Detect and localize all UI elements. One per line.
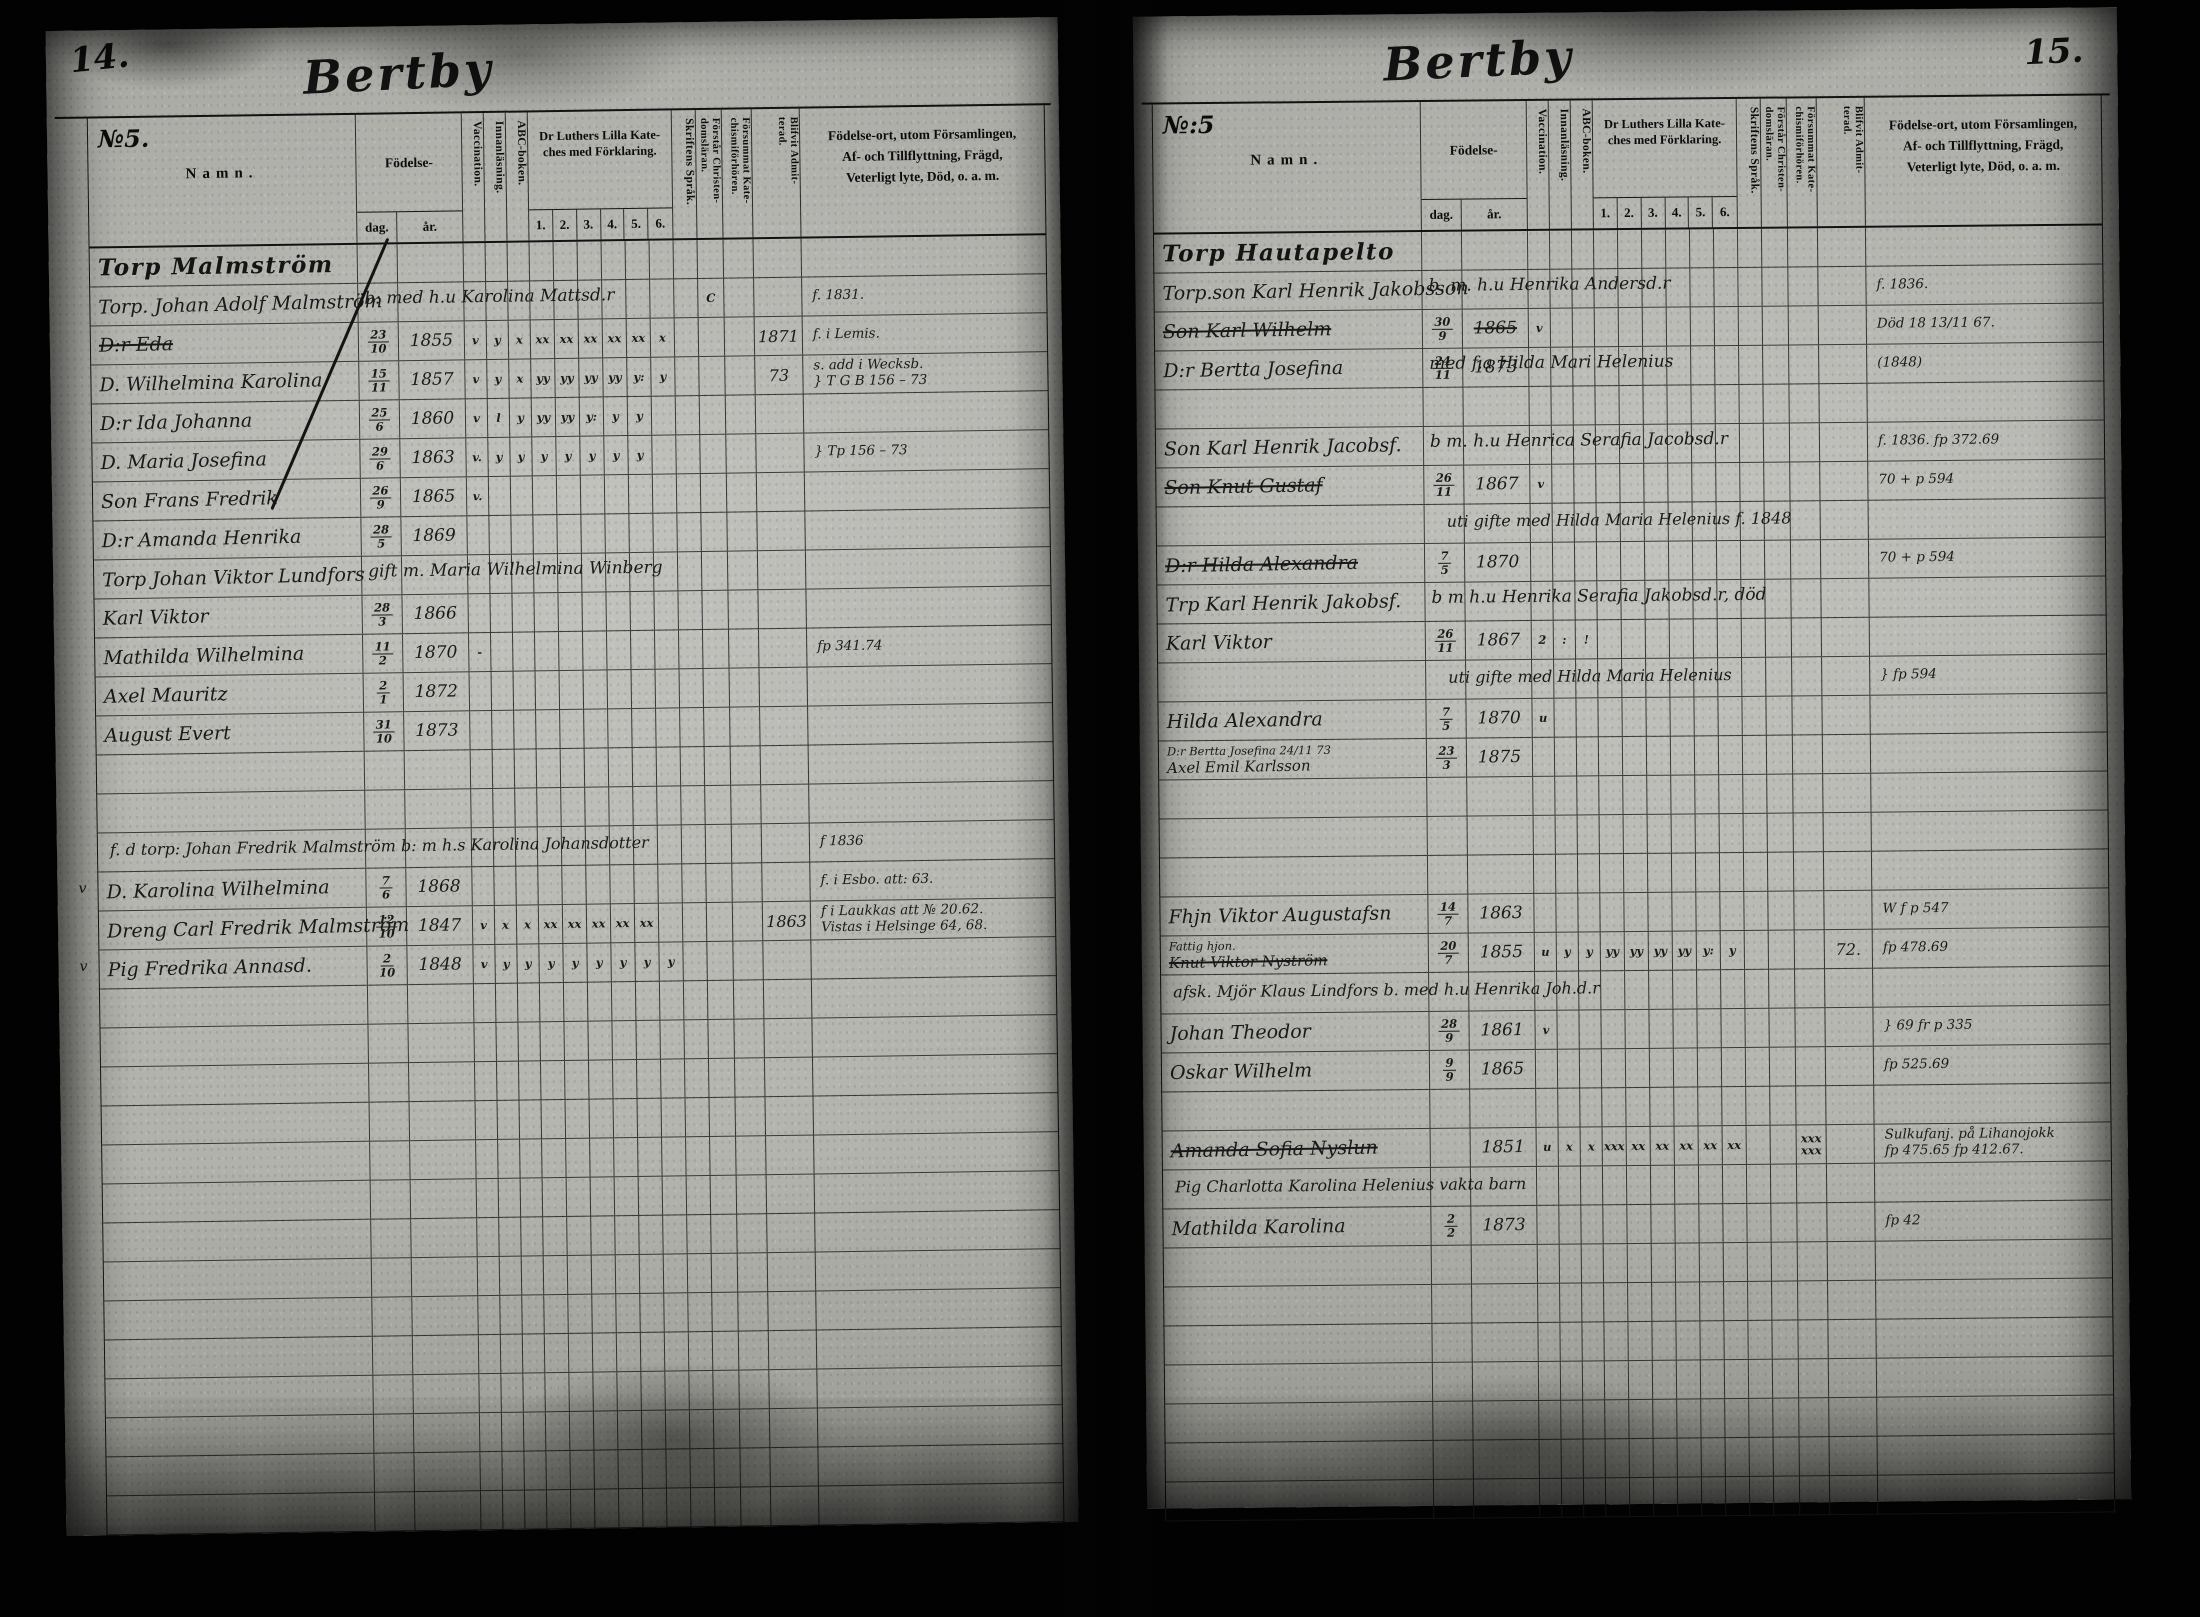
mark-cell bbox=[1627, 1166, 1651, 1204]
mark-cell bbox=[1714, 229, 1738, 267]
mark-cell bbox=[1750, 1438, 1774, 1476]
mark-cell bbox=[489, 477, 512, 515]
mark-cell: xx bbox=[1651, 1127, 1675, 1165]
mark-cell bbox=[684, 981, 709, 1019]
mark-cell bbox=[1748, 1321, 1772, 1359]
mark-cell bbox=[581, 514, 606, 552]
notes-cell bbox=[1869, 576, 2105, 616]
mark-cell bbox=[591, 1216, 616, 1254]
admitted-year-cell: 72. bbox=[1825, 930, 1873, 968]
mark-cell bbox=[1744, 814, 1768, 852]
notes-cell: (1848) bbox=[1867, 342, 2103, 382]
name-cell bbox=[104, 1259, 373, 1301]
mark-cell bbox=[702, 552, 729, 590]
mark-cell bbox=[674, 279, 699, 317]
birth-month: 9 bbox=[377, 498, 385, 511]
admitted-year-cell bbox=[765, 1097, 814, 1136]
mark-cell bbox=[496, 984, 519, 1022]
mark-cell bbox=[664, 1293, 689, 1331]
notes-cell bbox=[1866, 225, 2102, 265]
notes-cell bbox=[1872, 849, 2108, 889]
mark-cell bbox=[1788, 228, 1818, 266]
family-name: Torp Malmström bbox=[98, 251, 334, 281]
name-cell: D:r Bertta Josefina 24/11 73Axel Emil Ka… bbox=[1159, 739, 1427, 780]
birth-day-cell bbox=[375, 1492, 416, 1531]
birth-month: 10 bbox=[379, 927, 395, 940]
mark-cell bbox=[1723, 1165, 1747, 1203]
notes-cell bbox=[802, 235, 1047, 276]
mark-cell bbox=[640, 1255, 665, 1293]
mark-cell bbox=[1715, 307, 1739, 345]
mark-cell bbox=[690, 1410, 715, 1448]
mark-cell bbox=[727, 473, 758, 511]
mark-cell: y bbox=[510, 437, 533, 475]
spouse-note: b m h.u Henrika Serafia Jakobsd.r, död bbox=[1431, 585, 1766, 608]
table-body: Torp HautapeltoTorp.son Karl Henrik Jako… bbox=[1154, 225, 2114, 1521]
mark-cell bbox=[1764, 423, 1790, 461]
mark-cell bbox=[1698, 1087, 1722, 1125]
birth-day: 7 bbox=[1440, 706, 1452, 720]
person-name: Son Knut Gustaf bbox=[1164, 474, 1323, 499]
admitted-year-cell bbox=[1821, 501, 1869, 539]
mark-cell: xx bbox=[1627, 1127, 1651, 1165]
admitted-year-cell bbox=[770, 1408, 819, 1447]
mark-cell bbox=[503, 1491, 526, 1529]
mark-cell bbox=[476, 1140, 499, 1178]
mark-cell: v bbox=[473, 945, 496, 983]
birth-day-cell: 289 bbox=[1429, 1012, 1469, 1050]
spanning-note: Pig Charlotta Karolina Helenius vakta ba… bbox=[1175, 1174, 1526, 1196]
mark-cell bbox=[519, 1061, 542, 1099]
name-cell: Amanda Sofia Nyslun bbox=[1163, 1129, 1431, 1170]
birth-day-cell: 309 bbox=[1423, 310, 1463, 348]
mark-cell bbox=[1791, 579, 1821, 617]
notes-cell bbox=[1871, 771, 2107, 811]
mark-cell bbox=[1723, 1204, 1747, 1242]
name-cell bbox=[97, 752, 366, 794]
mark-cell: yy bbox=[531, 359, 556, 397]
mark-cell bbox=[1742, 697, 1766, 735]
birth-year-cell bbox=[1474, 1440, 1540, 1479]
column-header-understands-doctrine: Förstår Christen-domsläran. bbox=[696, 110, 724, 238]
mark-cell bbox=[1651, 1205, 1675, 1243]
mark-cell bbox=[641, 1372, 666, 1410]
mark-cell bbox=[475, 1062, 498, 1100]
mark-cell bbox=[714, 1410, 741, 1448]
mark-cell bbox=[724, 239, 755, 277]
mark-cell bbox=[523, 1373, 546, 1411]
mark-cell bbox=[725, 356, 756, 394]
mark-cell bbox=[489, 516, 512, 554]
mark-cell bbox=[633, 787, 658, 825]
mark-cell bbox=[682, 825, 707, 863]
mark-cell bbox=[641, 1333, 666, 1371]
birth-day: 26 bbox=[1434, 472, 1454, 486]
mark-cell bbox=[687, 1176, 712, 1214]
mark-cell bbox=[1647, 737, 1671, 775]
mark-cell: v bbox=[1529, 309, 1551, 347]
mark-cell bbox=[1702, 1438, 1726, 1476]
mark-cell bbox=[1765, 540, 1791, 578]
name-cell: August Evert bbox=[96, 713, 365, 755]
mark-cell bbox=[699, 357, 726, 395]
admitted-year-cell bbox=[762, 824, 811, 863]
margin-check: v bbox=[78, 881, 86, 897]
notes-cell: 70 + p 594 bbox=[1869, 537, 2105, 577]
admitted-year-cell bbox=[1821, 579, 1869, 617]
mark-cell bbox=[478, 1257, 501, 1295]
mark-cell: y bbox=[659, 942, 684, 980]
mark-cell: y bbox=[563, 944, 588, 982]
mark-cell: l bbox=[488, 399, 511, 437]
birth-year-cell bbox=[411, 1218, 478, 1257]
mark-cell bbox=[1724, 1282, 1748, 1320]
mark-cell bbox=[590, 1099, 615, 1137]
mark-cell bbox=[1799, 1398, 1829, 1436]
mark-cell bbox=[536, 710, 561, 748]
mark-cell bbox=[537, 788, 562, 826]
mark-cell bbox=[617, 1333, 642, 1371]
birth-year-cell: 1870 bbox=[1465, 543, 1531, 582]
mark-cell bbox=[607, 631, 632, 669]
mark-cell bbox=[1748, 1282, 1772, 1320]
mark-cell bbox=[1599, 737, 1623, 775]
note-line: Vistas i Helsinge 64, 68. bbox=[821, 918, 987, 936]
mark-cell bbox=[661, 1059, 686, 1097]
mark-cell bbox=[1673, 1009, 1697, 1047]
mark-cell bbox=[1582, 1244, 1604, 1282]
birth-year-cell bbox=[409, 1062, 476, 1101]
mark-cell bbox=[1725, 1399, 1749, 1437]
mark-cell bbox=[619, 1489, 644, 1527]
birth-year-cell bbox=[412, 1296, 479, 1335]
mark-cell bbox=[652, 396, 677, 434]
mark-cell bbox=[1773, 1398, 1799, 1436]
mark-cell bbox=[682, 864, 707, 902]
mark-cell bbox=[1624, 854, 1648, 892]
notes-cell bbox=[818, 1444, 1063, 1485]
birth-month: 7 bbox=[1444, 953, 1452, 966]
mark-cell bbox=[738, 1292, 769, 1330]
mark-cell bbox=[656, 669, 681, 707]
mark-cell bbox=[1582, 1283, 1604, 1321]
mark-cell bbox=[1676, 1282, 1700, 1320]
name-cell: Fhjn Viktor Augustafsn bbox=[1160, 895, 1428, 936]
mark-cell: y bbox=[487, 321, 510, 359]
admitted-year-cell bbox=[767, 1214, 816, 1253]
birth-day-cell bbox=[374, 1453, 415, 1492]
admitted-year-cell bbox=[766, 1136, 815, 1175]
birth-day: 28 bbox=[371, 523, 391, 537]
mark-cell bbox=[1578, 815, 1600, 853]
birth-year-cell bbox=[1473, 1401, 1539, 1440]
mark-cell bbox=[691, 1488, 716, 1526]
notes-cell bbox=[818, 1405, 1063, 1446]
spouse-note: gift m. Maria Wilhelmina Winberg bbox=[368, 558, 663, 582]
birth-month: 9 bbox=[1445, 1070, 1453, 1083]
mark-cell bbox=[1672, 892, 1696, 930]
mark-cell bbox=[701, 474, 728, 512]
mark-cell bbox=[1789, 345, 1819, 383]
mark-cell bbox=[541, 1061, 566, 1099]
mark-cell bbox=[732, 863, 763, 901]
mark-cell bbox=[659, 903, 684, 941]
empty-row bbox=[1166, 1473, 2114, 1521]
mark-cell bbox=[1726, 1438, 1750, 1476]
mark-cell bbox=[1769, 969, 1795, 1007]
mark-cell bbox=[540, 983, 565, 1021]
mark-cell bbox=[1699, 1204, 1723, 1242]
name-cell bbox=[106, 1415, 375, 1457]
mark-cell bbox=[1772, 1242, 1798, 1280]
mark-cell bbox=[629, 514, 654, 552]
mark-cell: v bbox=[466, 399, 489, 437]
notes-cell: f. i Esbo. att: 63. bbox=[810, 859, 1055, 900]
mark-cell bbox=[1603, 1205, 1627, 1243]
birth-day-cell: 269 bbox=[361, 478, 402, 517]
mark-cell bbox=[686, 1098, 711, 1136]
mark-cell bbox=[592, 1294, 617, 1332]
mark-cell bbox=[511, 476, 534, 514]
note-line: f. 1836. bbox=[1876, 277, 1928, 293]
birth-year-cell: 1848 bbox=[407, 945, 474, 984]
page-head: 15. Bertby bbox=[1141, 7, 2110, 104]
birth-day: 7 bbox=[1438, 550, 1450, 564]
mark-cell bbox=[1739, 346, 1763, 384]
mark-cell bbox=[1701, 1360, 1725, 1398]
admitted-year-cell bbox=[1826, 1047, 1874, 1085]
name-cell: Son Frans Fredrik bbox=[93, 479, 362, 521]
birth-year-cell bbox=[1468, 855, 1534, 894]
mark-cell bbox=[639, 1216, 664, 1254]
spanning-note: uti gifte med Hilda Maria Helenius bbox=[1448, 665, 1732, 687]
mark-cell bbox=[502, 1452, 525, 1490]
person-name: Axel Mauritz bbox=[104, 683, 228, 708]
mark-cell bbox=[1648, 893, 1672, 931]
mark-cell bbox=[464, 243, 487, 281]
birth-month: 7 bbox=[1444, 914, 1452, 927]
mark-cell bbox=[1628, 1322, 1652, 1360]
mark-cell: xx bbox=[587, 904, 612, 942]
note-line: } fp 594 bbox=[1880, 667, 1937, 683]
name-column-label: Namn. bbox=[88, 164, 355, 185]
admitted-year-cell bbox=[1823, 774, 1871, 812]
birth-month: 5 bbox=[1442, 719, 1450, 732]
note-line: 70 + p 594 bbox=[1878, 472, 1954, 488]
mark-cell bbox=[1746, 1048, 1770, 1086]
mark-cell bbox=[1722, 1048, 1746, 1086]
mark-cell bbox=[477, 1218, 500, 1256]
mark-cell bbox=[1797, 1164, 1827, 1202]
notes-cell bbox=[805, 469, 1050, 510]
name-cell: Son Knut Gustaf bbox=[1156, 466, 1424, 507]
mark-cell bbox=[1653, 1361, 1677, 1399]
name-cell bbox=[1157, 505, 1425, 546]
mark-cell bbox=[1742, 658, 1766, 696]
mark-cell bbox=[502, 1413, 525, 1451]
birth-day-cell bbox=[1422, 232, 1462, 270]
birth-day-cell: 207 bbox=[1429, 934, 1469, 972]
mark-cell bbox=[1796, 1086, 1826, 1124]
name-cell bbox=[100, 1025, 369, 1067]
mark-cell bbox=[477, 1179, 500, 1217]
mark-cell bbox=[1796, 1047, 1826, 1085]
mark-cell: xx bbox=[531, 320, 556, 358]
mark-cell bbox=[470, 672, 493, 710]
admitted-year-cell bbox=[765, 1058, 814, 1097]
birth-day-cell bbox=[1432, 1246, 1472, 1284]
mark-cell: yy bbox=[1625, 932, 1649, 970]
mark-cell bbox=[1556, 894, 1578, 932]
mark-cell: yy bbox=[1673, 931, 1697, 969]
birth-day-cell bbox=[368, 1024, 409, 1063]
mark-cell bbox=[562, 866, 587, 904]
mark-cell bbox=[583, 631, 608, 669]
mark-cell bbox=[1769, 930, 1795, 968]
mark-cell bbox=[581, 475, 606, 513]
mark-cell bbox=[632, 670, 657, 708]
notes-cell: Död 18 13/11 67. bbox=[1867, 303, 2103, 343]
mark-cell bbox=[1651, 1166, 1675, 1204]
notes-cell bbox=[1873, 966, 2109, 1006]
mark-cell bbox=[559, 632, 584, 670]
mark-cell bbox=[1738, 229, 1762, 267]
note-line: f. i Lemis. bbox=[813, 327, 880, 343]
mark-cell bbox=[497, 1062, 520, 1100]
mark-cell bbox=[1629, 1361, 1653, 1399]
mark-cell: v bbox=[465, 360, 488, 398]
mark-cell bbox=[593, 1372, 618, 1410]
birth-year-cell: 1867 bbox=[1466, 621, 1532, 660]
mark-cell bbox=[481, 1491, 504, 1529]
notes-cell bbox=[816, 1249, 1061, 1290]
birth-day: 28 bbox=[372, 601, 392, 615]
mark-cell bbox=[1798, 1320, 1828, 1358]
mark-cell bbox=[1789, 306, 1819, 344]
series-number: №5. bbox=[98, 121, 355, 154]
mark-cell bbox=[698, 240, 725, 278]
mark-cell bbox=[520, 1100, 543, 1138]
mark-cell bbox=[727, 512, 758, 550]
mark-cell bbox=[1558, 1050, 1580, 1088]
birth-year-cell: 1863 bbox=[400, 438, 467, 477]
mark-cell bbox=[700, 435, 727, 473]
mark-cell bbox=[1578, 854, 1600, 892]
admitted-year-cell bbox=[768, 1292, 817, 1331]
mark-cell bbox=[523, 1334, 546, 1372]
mark-cell: y bbox=[1721, 931, 1745, 969]
notes-cell bbox=[814, 1132, 1059, 1173]
notes-cell bbox=[1869, 498, 2105, 538]
mark-cell bbox=[660, 981, 685, 1019]
mark-cell bbox=[1678, 1477, 1702, 1515]
name-cell bbox=[1158, 661, 1426, 702]
mark-cell bbox=[1691, 346, 1715, 384]
mark-cell bbox=[687, 1215, 712, 1253]
mark-cell: y bbox=[628, 397, 653, 435]
admitted-year-cell bbox=[1827, 1203, 1875, 1241]
name-cell: Torp.son Karl Henrik Jakobsson bbox=[1154, 271, 1422, 312]
mark-cell bbox=[726, 395, 757, 433]
mark-cell bbox=[589, 1060, 614, 1098]
mark-cell bbox=[1600, 854, 1624, 892]
mark-cell bbox=[1795, 1008, 1825, 1046]
admitted-year-cell bbox=[759, 629, 808, 668]
mark-cell bbox=[1621, 542, 1645, 580]
birth-day: 28 bbox=[1439, 1018, 1459, 1032]
birth-year-cell bbox=[405, 789, 472, 828]
mark-cell bbox=[1740, 424, 1764, 462]
mark-cell bbox=[1643, 308, 1667, 346]
page-head: 14. Bertby bbox=[54, 17, 1051, 119]
mark-cell bbox=[1598, 698, 1622, 736]
admitted-year-cell bbox=[764, 1019, 813, 1058]
admitted-year-cell bbox=[769, 1369, 818, 1408]
person-name: D:r Ida Johanna bbox=[100, 410, 253, 435]
mark-cell bbox=[1622, 620, 1646, 658]
mark-cell bbox=[1764, 462, 1790, 500]
mark-cell bbox=[1748, 1243, 1772, 1281]
column-header-notes: Födelse-ort, utom Församlingen, Af- och … bbox=[800, 105, 1046, 236]
birth-year-cell bbox=[408, 1023, 475, 1062]
note-line: 70 + p 594 bbox=[1879, 550, 1955, 566]
birth-month: 1 bbox=[379, 693, 387, 706]
mark-cell bbox=[653, 513, 678, 551]
mark-cell bbox=[1739, 385, 1763, 423]
name-cell bbox=[106, 1454, 375, 1496]
name-cell bbox=[102, 1142, 371, 1184]
birth-year-cell: 1860 bbox=[400, 399, 467, 438]
mark-cell bbox=[735, 1058, 766, 1096]
column-header-script-language: Skriftens Språk. bbox=[1737, 99, 1762, 227]
column-header-name: №5. Namn. bbox=[88, 115, 358, 247]
column-header-missed-exams: Försummat Kate-chismiförhören. bbox=[1787, 98, 1818, 226]
mark-cell bbox=[480, 1413, 503, 1451]
birth-month: 2 bbox=[1447, 1226, 1455, 1239]
mark-cell bbox=[1582, 1322, 1604, 1360]
mark-cell bbox=[618, 1450, 643, 1488]
person-name: D:r Amanda Henrika bbox=[101, 526, 301, 553]
birth-year-cell: 1873 bbox=[404, 711, 471, 750]
birth-year-cell: 1855 bbox=[399, 321, 466, 360]
admitted-year-cell: 1863 bbox=[763, 902, 812, 941]
mark-cell bbox=[650, 240, 675, 278]
mark-cell bbox=[1768, 891, 1794, 929]
notes-cell: Sulkufanj. på Lihanojokkfp 475.65 fp 412… bbox=[1875, 1122, 2111, 1162]
mark-cell: x bbox=[509, 359, 532, 397]
birth-day-cell bbox=[1430, 1090, 1470, 1128]
mark-cell bbox=[613, 1060, 638, 1098]
mark-cell bbox=[1618, 230, 1642, 268]
mark-cell bbox=[1606, 1478, 1630, 1516]
mark-cell bbox=[1536, 1089, 1558, 1127]
family-name: Torp Hautapelto bbox=[1162, 238, 1395, 267]
name-cell bbox=[103, 1220, 372, 1262]
name-cell: D:r Bertta Josefina bbox=[1155, 349, 1423, 390]
person-name: August Evert bbox=[104, 722, 231, 747]
person-name: Mathilda Karolina bbox=[1171, 1215, 1345, 1240]
name-cell bbox=[104, 1298, 373, 1340]
person-name: Karl Viktor bbox=[103, 605, 209, 629]
mark-cell bbox=[684, 1020, 709, 1058]
mark-cell bbox=[728, 590, 759, 628]
notes-cell bbox=[1877, 1356, 2113, 1396]
notes-cell bbox=[817, 1327, 1062, 1368]
mark-cell bbox=[1606, 1439, 1630, 1477]
birth-year-label: år. bbox=[397, 211, 462, 242]
mark-cell bbox=[1697, 970, 1721, 1008]
name-cell bbox=[1165, 1402, 1433, 1443]
